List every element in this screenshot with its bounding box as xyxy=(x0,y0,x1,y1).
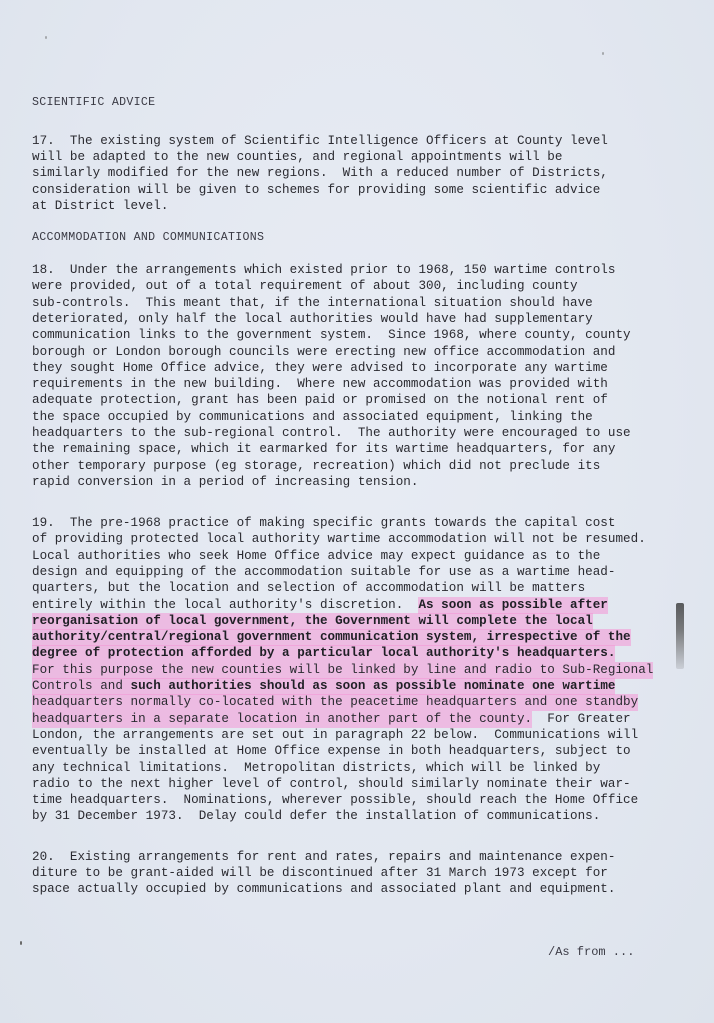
paragraph-line: the remaining space, which it earmarked … xyxy=(32,441,615,457)
paragraph-line: 17. The existing system of Scientific In… xyxy=(32,133,608,149)
document-page: SCIENTIFIC ADVICE 17. The existing syste… xyxy=(0,0,714,1023)
paragraph-line: diture to be grant-aided will be discont… xyxy=(32,865,608,881)
paragraph-line: London, the arrangements are set out in … xyxy=(32,727,638,743)
paragraph-line: For this purpose the new counties will b… xyxy=(32,662,653,678)
paragraph-line: design and equipping of the accommodatio… xyxy=(32,564,615,580)
paragraph-line: eventually be installed at Home Office e… xyxy=(32,743,631,759)
paragraph-text: For Greater xyxy=(532,712,631,726)
paragraph-line: rapid conversion in a period of increasi… xyxy=(32,474,418,490)
paper-speck xyxy=(602,52,604,55)
highlighted-text: such authorities should as soon as possi… xyxy=(131,678,616,695)
highlighted-text: Controls and xyxy=(32,678,131,695)
paper-speck xyxy=(20,941,22,945)
paragraph-line: time headquarters. Nominations, wherever… xyxy=(32,792,638,808)
paragraph-line: headquarters normally co-located with th… xyxy=(32,694,638,710)
paragraph-line: 18. Under the arrangements which existed… xyxy=(32,262,615,278)
paragraph-line: requirements in the new building. Where … xyxy=(32,376,608,392)
paragraph-line: communication links to the government sy… xyxy=(32,327,631,343)
paper-speck xyxy=(45,36,47,39)
paragraph-line: headquarters in a separate location in a… xyxy=(32,711,631,727)
paragraph-line: other temporary purpose (eg storage, rec… xyxy=(32,458,600,474)
paragraph-line: borough or London borough councils were … xyxy=(32,344,615,360)
paragraph-line: space actually occupied by communication… xyxy=(32,881,615,897)
margin-annotation-mark xyxy=(676,603,684,669)
paragraph-line: entirely within the local authority's di… xyxy=(32,597,608,613)
paragraph-line: Local authorities who seek Home Office a… xyxy=(32,548,600,564)
paragraph-line: quarters, but the location and selection… xyxy=(32,580,585,596)
paragraph-line: 20. Existing arrangements for rent and r… xyxy=(32,849,615,865)
paragraph-line: 19. The pre-1968 practice of making spec… xyxy=(32,515,615,531)
paragraph-line: similarly modified for the new regions. … xyxy=(32,165,608,181)
paragraph-line: at District level. xyxy=(32,198,168,214)
paragraph-line: by 31 December 1973. Delay could defer t… xyxy=(32,808,600,824)
continuation-footer: /As from ... xyxy=(548,945,634,959)
paragraph-line: authority/central/regional government co… xyxy=(32,629,631,645)
highlighted-text: authority/central/regional government co… xyxy=(32,629,631,646)
section-heading-accommodation: ACCOMMODATION AND COMMUNICATIONS xyxy=(32,230,264,246)
highlighted-text: headquarters in a separate location in a… xyxy=(32,711,532,728)
paragraph-line: they sought Home Office advice, they wer… xyxy=(32,360,608,376)
paragraph-line: reorganisation of local government, the … xyxy=(32,613,593,629)
paragraph-line: deteriorated, only half the local author… xyxy=(32,311,593,327)
paragraph-line: Controls and such authorities should as … xyxy=(32,678,615,694)
paragraph-line: were provided, out of a total requiremen… xyxy=(32,278,578,294)
highlighted-text: For this purpose the new counties will b… xyxy=(32,662,653,679)
highlighted-text: degree of protection afforded by a parti… xyxy=(32,645,615,662)
paragraph-line: consideration will be given to schemes f… xyxy=(32,182,600,198)
highlighted-text: reorganisation of local government, the … xyxy=(32,613,593,630)
paragraph-line: will be adapted to the new counties, and… xyxy=(32,149,562,165)
paragraph-line: adequate protection, grant has been paid… xyxy=(32,392,608,408)
section-heading-scientific-advice: SCIENTIFIC ADVICE xyxy=(32,95,155,111)
paragraph-line: the space occupied by communications and… xyxy=(32,409,593,425)
paragraph-line: radio to the next higher level of contro… xyxy=(32,776,631,792)
paragraph-line: degree of protection afforded by a parti… xyxy=(32,645,615,661)
paragraph-line: sub-controls. This meant that, if the in… xyxy=(32,295,593,311)
highlighted-text: As soon as possible after xyxy=(418,597,607,614)
paragraph-line: any technical limitations. Metropolitan … xyxy=(32,760,600,776)
paragraph-line: headquarters to the sub-regional control… xyxy=(32,425,631,441)
paragraph-line: of providing protected local authority w… xyxy=(32,531,646,547)
highlighted-text: headquarters normally co-located with th… xyxy=(32,694,638,711)
